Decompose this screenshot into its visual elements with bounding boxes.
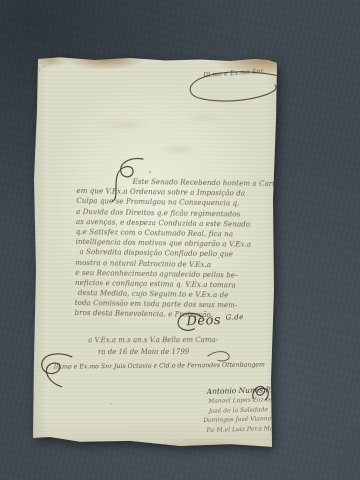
addressee-initial-flourish: [35, 350, 80, 391]
closing-line-date: ra de 16 de Maio de 1799: [98, 348, 189, 356]
salutation-abbreviation: Ill.mo e Ex.mo Snr.: [203, 65, 303, 79]
ink-bleedthrough: [69, 100, 250, 183]
foxing-speck: [110, 404, 112, 405]
archival-pencil-mark: 16-6.98: [33, 58, 57, 76]
foxing-speck: [149, 171, 151, 173]
closing-line-courtesy: a V.Ex.a m.s an.s V.a Bella em Cama-: [88, 336, 218, 344]
letter-body: Este Senado Recebendo hontem a Carta em …: [74, 176, 274, 322]
signature-block: Antonio Nunes P.ra Manoel Lopes Zuz.te J…: [129, 385, 280, 437]
valediction-deos-guarde: Deos G.de: [186, 312, 244, 329]
valediction-main: Deos: [186, 313, 221, 329]
paper-sheet-wrapper: 16-6.98 Ill.mo e Ex.mo Snr. Este Senado …: [30, 55, 280, 450]
photograph-of-manuscript: 16-6.98 Ill.mo e Ex.mo Snr. Este Senado …: [0, 0, 360, 480]
manuscript-paper: 16-6.98 Ill.mo e Ex.mo Snr. Este Senado …: [30, 55, 280, 450]
addressee-line: Ill.mo e Ex.mo Snr Juis Octavio e Cid.o …: [54, 361, 289, 370]
manuscript-content: 16-6.98 Ill.mo e Ex.mo Snr. Este Senado …: [24, 54, 280, 453]
valediction-superscript: G.de: [225, 313, 243, 322]
